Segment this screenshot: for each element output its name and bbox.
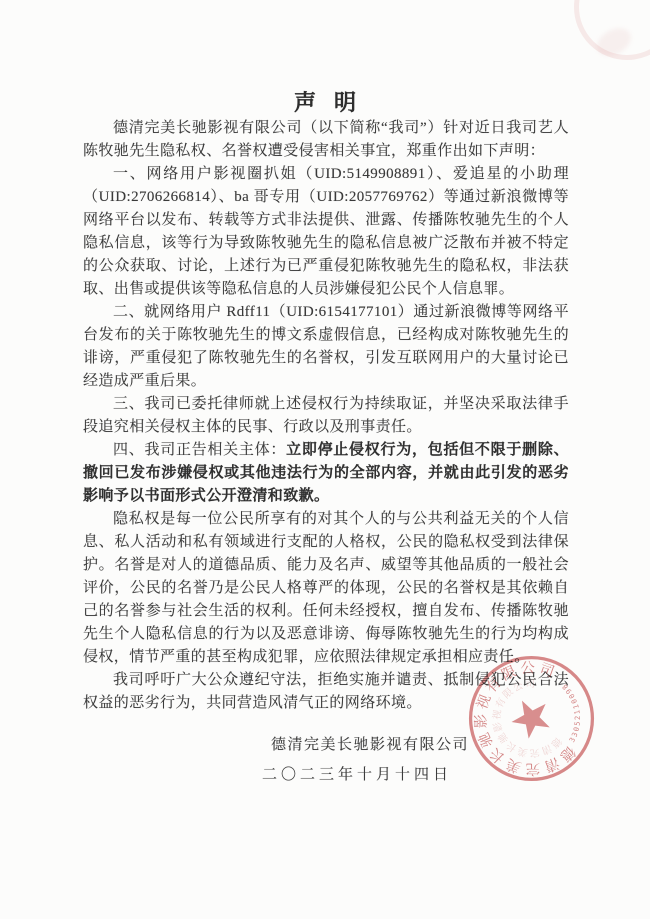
document-title: 声明 <box>0 86 650 117</box>
statement-paragraph: 四、我司正告相关主体：立即停止侵权行为，包括但不限于删除、撤回已发布涉嫌侵权或其… <box>83 439 569 508</box>
statement-paragraph: 二、就网络用户 Rdff11（UID:6154177101）通过新浪微博等网络平… <box>83 301 569 393</box>
statement-paragraph: 德清完美长驰影视有限公司（以下简称“我司”）针对近日我司艺人陈牧驰先生隐私权、名… <box>83 117 569 163</box>
statement-paragraph: 隐私权是每一位公民所享有的对其个人的与公共利益无关的个人信息、私人活动和私有领域… <box>83 508 569 669</box>
statement-paragraph: 三、我司已委托律师就上述侵权行为持续取证，并坚决采取法律手段追究相关侵权主体的民… <box>83 393 569 439</box>
seal-star-icon <box>508 697 551 741</box>
company-seal-stamp: 德清完美长驰影视有限公司 3305211009830 德清完美长驰影视有限公司 <box>466 653 597 784</box>
statement-paragraph: 一、网络用户影视圈扒姐（UID:5149908891）、爱追星的小助理（UID:… <box>83 163 569 301</box>
statement-document-page: 声明 德清完美长驰影视有限公司（以下简称“我司”）针对近日我司艺人陈牧驰先生隐私… <box>0 0 650 919</box>
